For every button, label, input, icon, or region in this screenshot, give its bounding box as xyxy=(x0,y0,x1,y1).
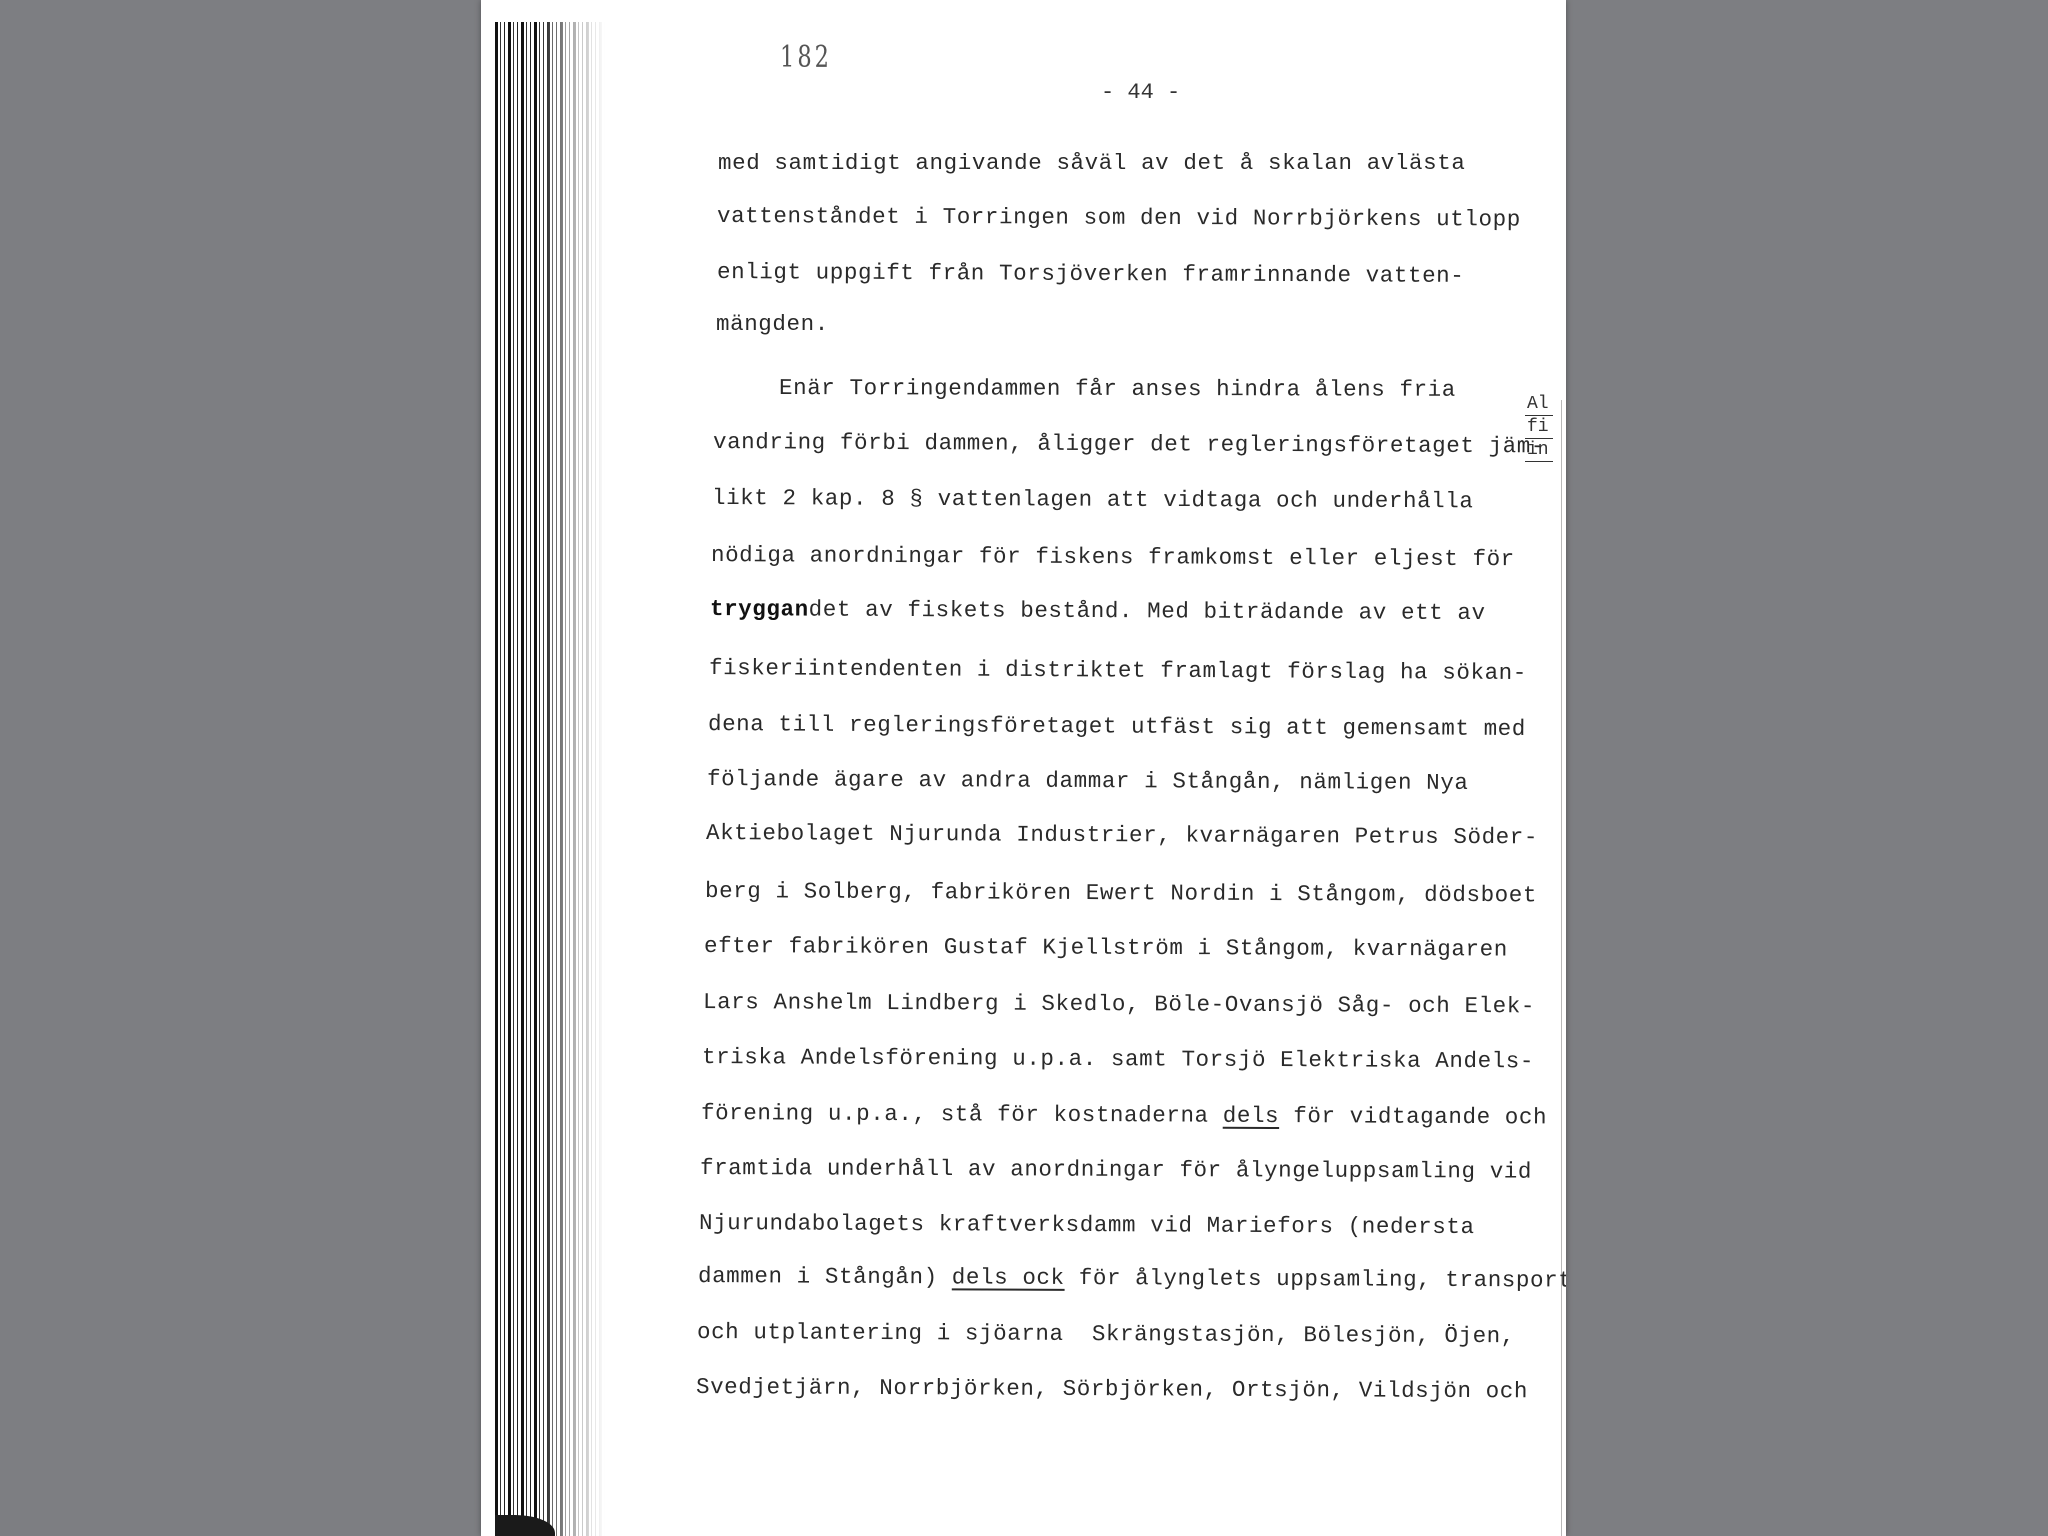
underlined-text: dels ock xyxy=(952,1264,1065,1291)
underlined-text: dels xyxy=(1223,1103,1280,1129)
scanned-page: 182 - 44 - Al fi in med samtidigt angiva… xyxy=(481,0,1566,1536)
text-line: och utplantering i sjöarna Skrängstasjön… xyxy=(697,1321,1515,1348)
text-line: med samtidigt angivande såväl av det å s… xyxy=(718,152,1465,175)
text-segment: det av fiskets bestånd. Med biträdande a… xyxy=(809,597,1486,627)
text-line: triska Andelsförening u.p.a. samt Torsjö… xyxy=(702,1046,1534,1073)
text-line: enligt uppgift från Torsjöverken framrin… xyxy=(717,261,1465,287)
text-line: efter fabrikören Gustaf Kjellström i Stå… xyxy=(704,935,1508,961)
text-line: förening u.p.a., stå för kostnaderna del… xyxy=(701,1102,1547,1129)
folio-number: 182 xyxy=(780,40,832,75)
text-line: tryggandet av fiskets bestånd. Med biträ… xyxy=(710,598,1486,625)
text-line: Svedjetjärn, Norrbjörken, Sörbjörken, Or… xyxy=(696,1376,1528,1403)
text-line: Lars Anshelm Lindberg i Skedlo, Böle-Ova… xyxy=(703,991,1535,1018)
text-line: vattenståndet i Torringen som den vid No… xyxy=(717,205,1521,231)
text-line: dammen i Stångån) dels ock för ålynglets… xyxy=(698,1265,1566,1292)
text-line: mängden. xyxy=(716,313,829,336)
emphasized-text: tryggan xyxy=(710,596,809,623)
text-line: Njurundabolagets kraftverksdamm vid Mari… xyxy=(699,1212,1475,1239)
text-line: Enär Torringendammen får anses hindra ål… xyxy=(779,377,1456,401)
text-line: följande ägare av andra dammar i Stångån… xyxy=(707,768,1469,794)
text-line: framtida underhåll av anordningar för ål… xyxy=(700,1157,1532,1183)
text-line: berg i Solberg, fabrikören Ewert Nordin … xyxy=(705,880,1537,907)
binding-edge xyxy=(495,22,605,1536)
text-segment: förening u.p.a., stå för kostnaderna xyxy=(701,1100,1223,1129)
text-segment: för vidtagande och xyxy=(1279,1103,1547,1130)
text-line: Aktiebolaget Njurunda Industrier, kvarnä… xyxy=(706,822,1538,849)
document-viewer: 182 - 44 - Al fi in med samtidigt angiva… xyxy=(0,0,2048,1536)
text-line: likt 2 kap. 8 § vattenlagen att vidtaga … xyxy=(712,487,1474,513)
text-segment: dammen i Stångån) xyxy=(698,1263,952,1290)
text-line: fiskeriintendenten i distriktet framlagt… xyxy=(709,657,1527,684)
text-line: dena till regleringsföretaget utfäst sig… xyxy=(708,713,1526,740)
page-number: - 44 - xyxy=(1101,80,1180,105)
text-line: nödiga anordningar för fiskens framkomst… xyxy=(711,544,1515,571)
margin-annotation-line: Al xyxy=(1525,393,1553,416)
text-line: vandring förbi dammen, åligger det regle… xyxy=(713,431,1545,458)
page-edge-line xyxy=(1561,400,1562,1536)
text-segment: för ålynglets uppsamling, transport xyxy=(1065,1265,1566,1294)
